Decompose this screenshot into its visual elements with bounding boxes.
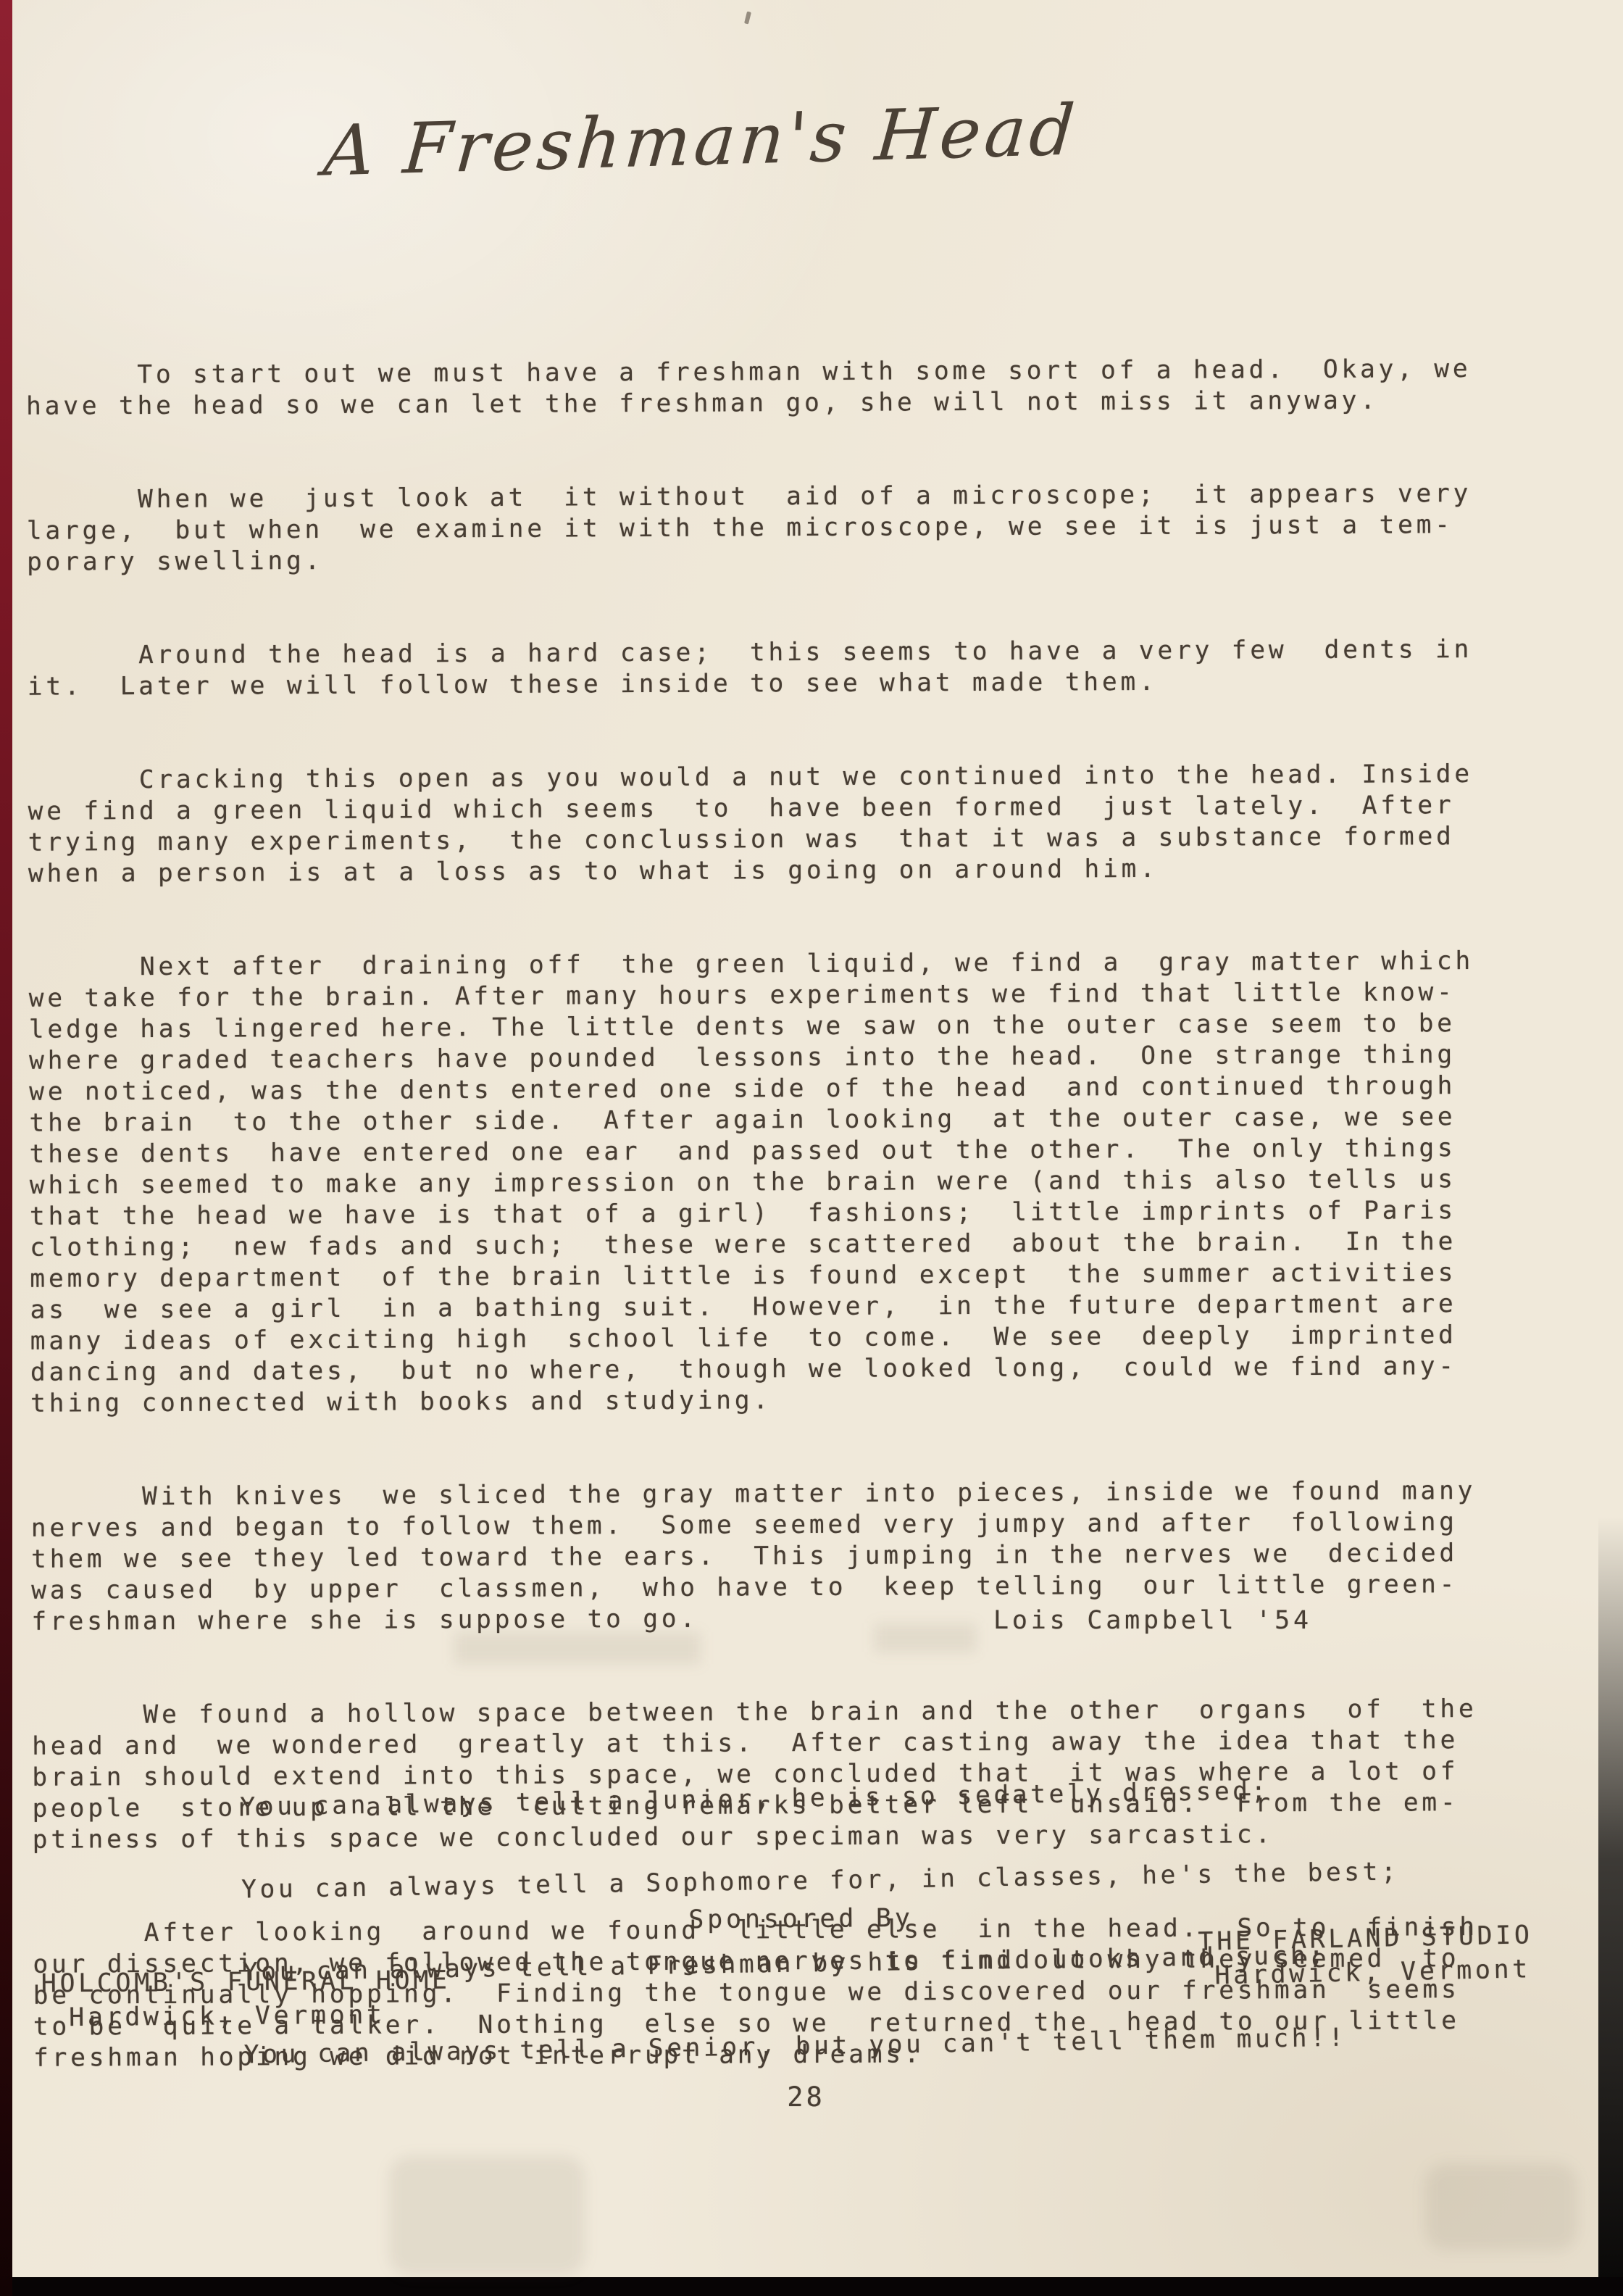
- bleed-through-artifact: [1425, 2163, 1577, 2250]
- paper-sheet: A Freshman's Head To start out we must h…: [12, 0, 1623, 2277]
- essay-paragraph: To start out we must have a freshman wit…: [26, 353, 1598, 422]
- book-edge-right-shadow: [1598, 1516, 1623, 2277]
- essay-paragraph: Cracking this open as you would a nut we…: [28, 758, 1601, 889]
- sponsor-name: HOLCOMB'S FUNERAL HOME: [41, 1964, 451, 2002]
- sponsor-holcombs: HOLCOMB'S FUNERAL HOME Hardwick, Vermont: [41, 1964, 451, 2036]
- essay-paragraph: With knives we sliced the gray matter in…: [31, 1475, 1604, 1637]
- page-title: A Freshman's Head: [321, 89, 1080, 191]
- poem-line: You can always tell a Sophomore for, in …: [241, 1858, 1400, 1903]
- poem-line: You can always tell a Junior, he is so s…: [240, 1775, 1398, 1821]
- bleed-through-artifact: [389, 2156, 585, 2276]
- page-number: 28: [1, 2081, 1611, 2113]
- scan-speck: [744, 12, 751, 25]
- essay-paragraph: Next after draining off the green liquid…: [28, 945, 1603, 1419]
- author-byline: Lois Campbell '54: [993, 1606, 1312, 1635]
- sponsor-farland-studio: THE FARLAND STUDIO Hardwick, Vermont: [1198, 1918, 1534, 1994]
- essay-paragraph: When we just look at it without aid of a…: [27, 478, 1600, 578]
- scanned-yearbook-page: A Freshman's Head To start out we must h…: [0, 0, 1623, 2296]
- sponsor-location: Hardwick, Vermont: [69, 1998, 451, 2036]
- essay-paragraph: Around the head is a hard case; this see…: [28, 633, 1600, 702]
- book-edge-left: [0, 0, 12, 2296]
- sponsor-location: Hardwick, Vermont: [1214, 1952, 1534, 1993]
